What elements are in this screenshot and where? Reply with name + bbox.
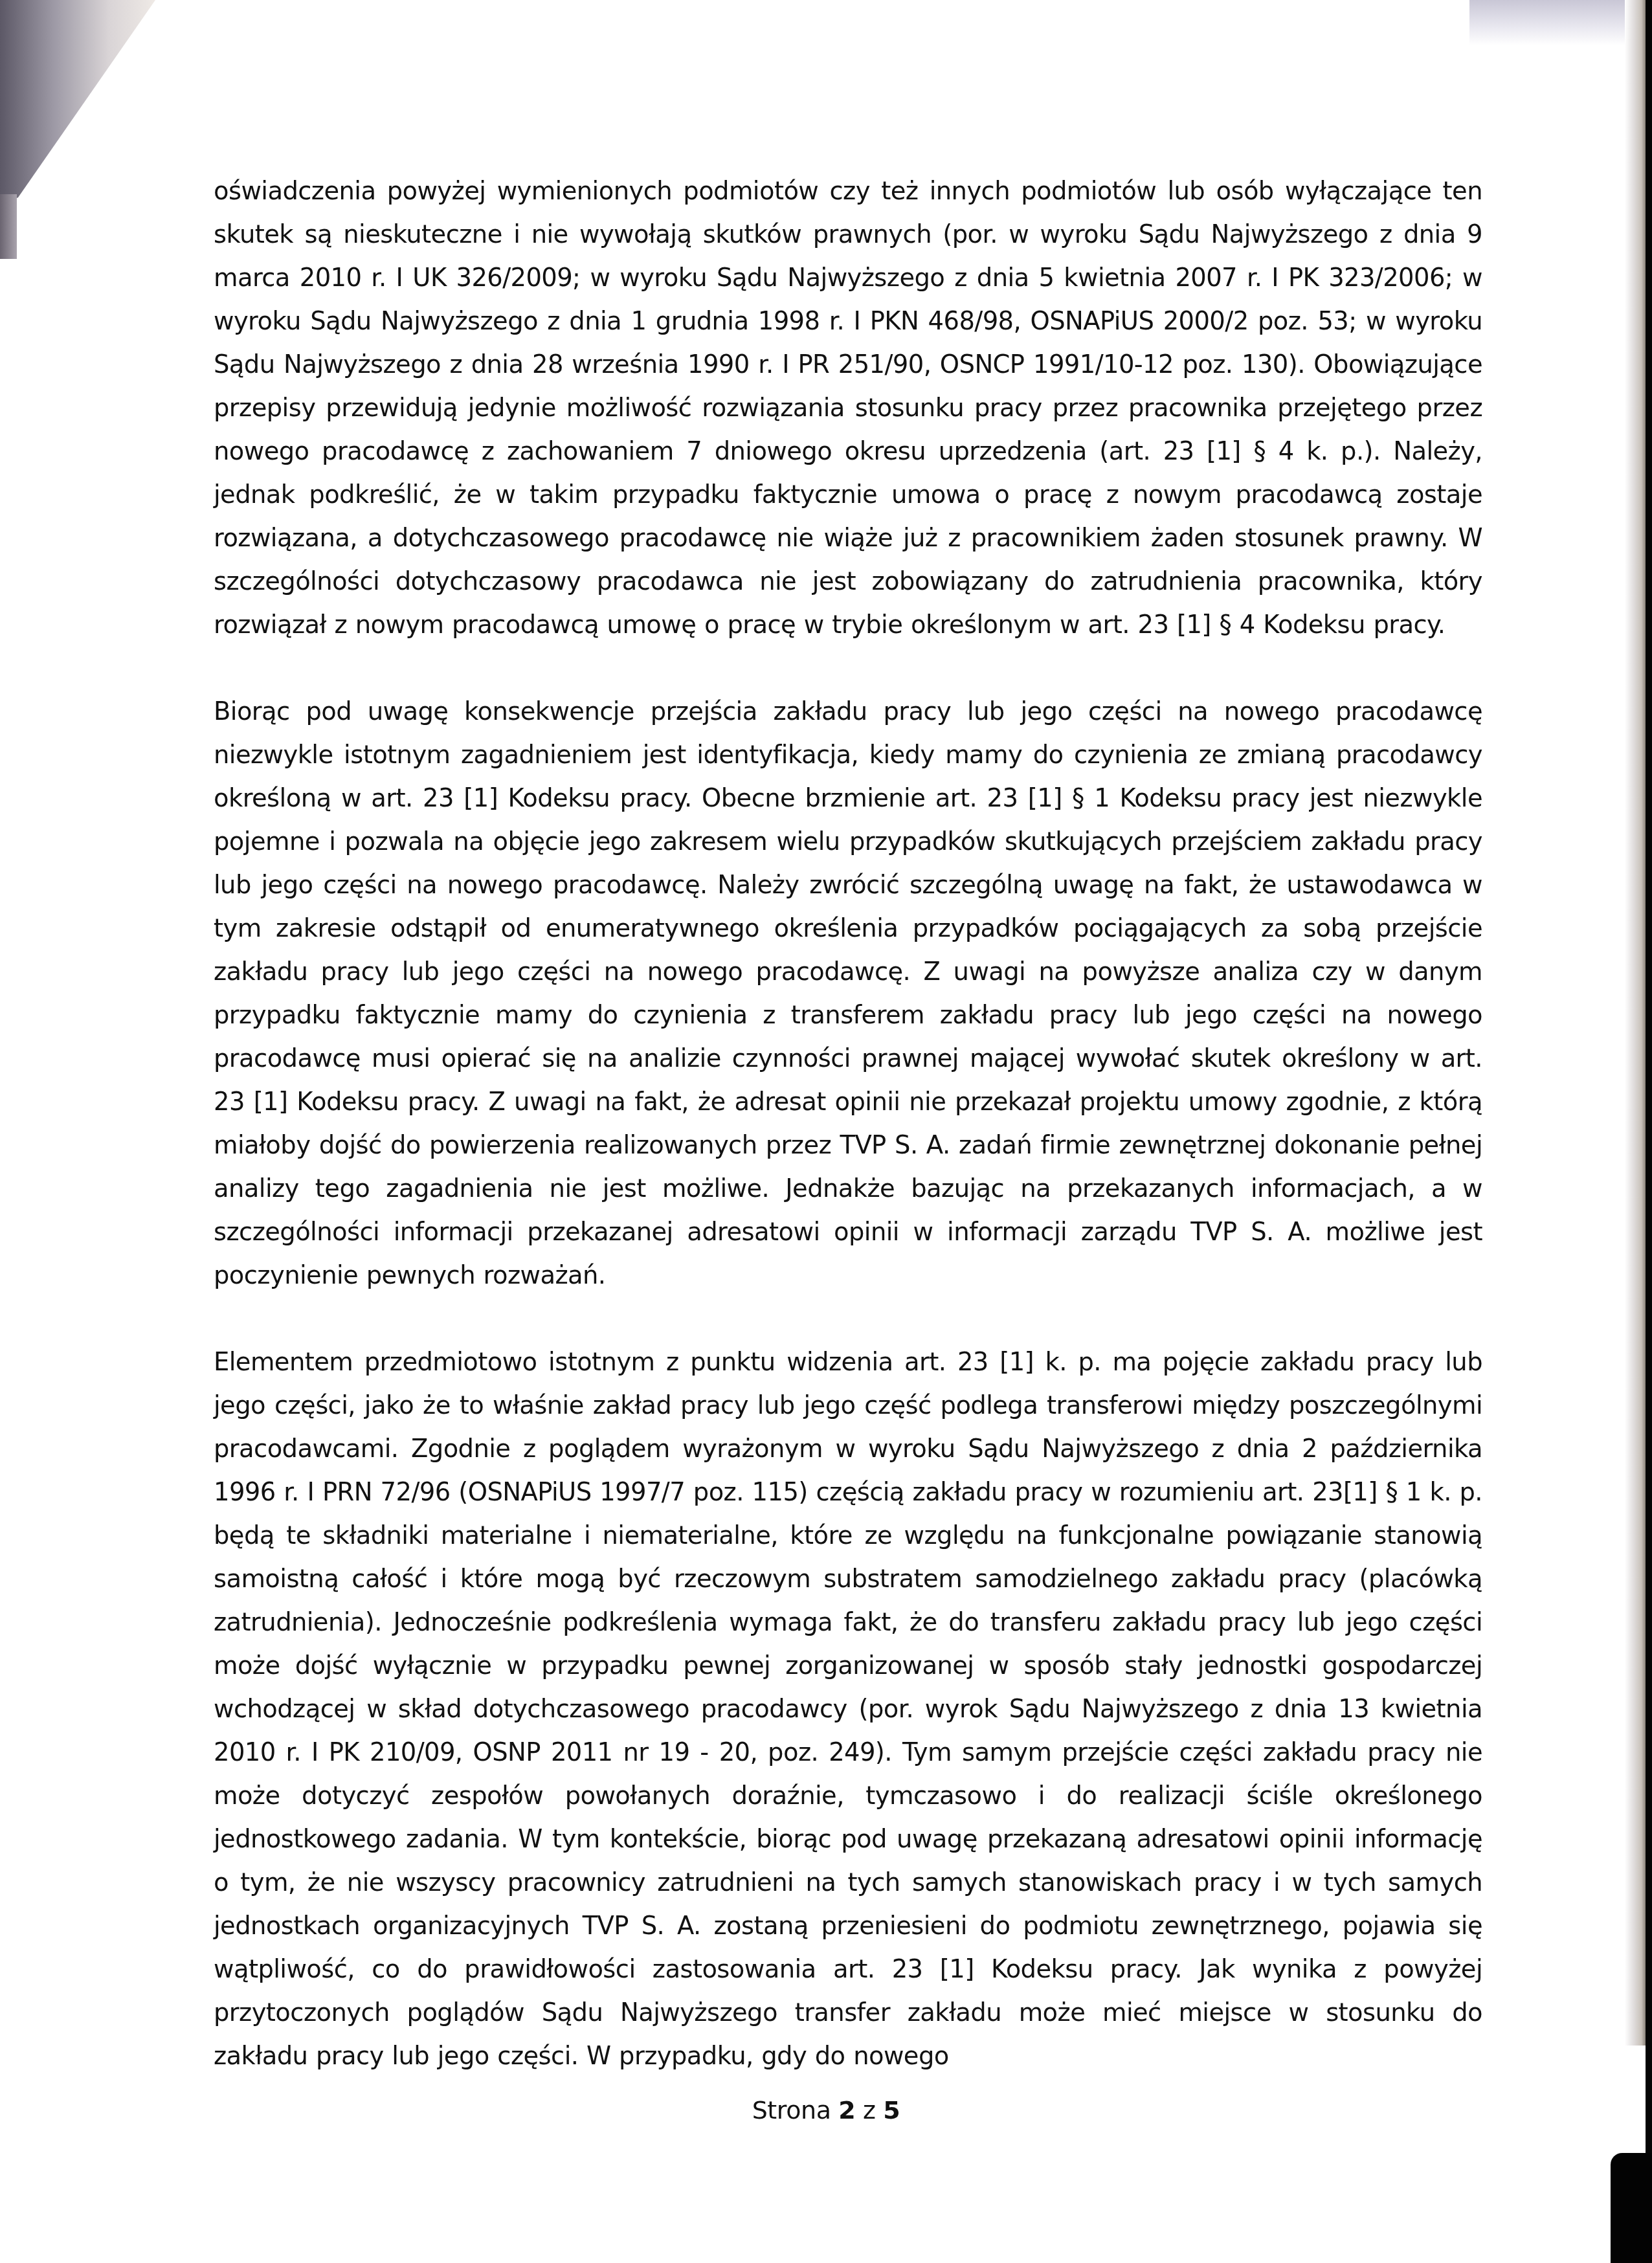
document-body: oświadczenia powyżej wymienionych podmio… [214, 170, 1482, 2078]
scan-edge-shadow [0, 194, 17, 259]
total-page-count: 5 [883, 2096, 900, 2124]
page-footer: Strona 2 z 5 [0, 2096, 1652, 2124]
scan-right-edge [1625, 0, 1646, 2046]
paragraph-3: Elementem przedmiotowo istotnym z punktu… [214, 1341, 1482, 2078]
scan-folded-corner [0, 0, 155, 207]
scan-bottom-corner [1611, 2153, 1652, 2263]
paragraph-2: Biorąc pod uwagę konsekwencje przejścia … [214, 690, 1482, 1297]
current-page-number: 2 [838, 2096, 855, 2124]
scan-border [1646, 0, 1652, 2263]
page-label: Strona [752, 2096, 831, 2124]
scan-top-shadow [1469, 0, 1625, 45]
page-separator: z [863, 2096, 876, 2124]
paragraph-1: oświadczenia powyżej wymienionych podmio… [214, 170, 1482, 647]
